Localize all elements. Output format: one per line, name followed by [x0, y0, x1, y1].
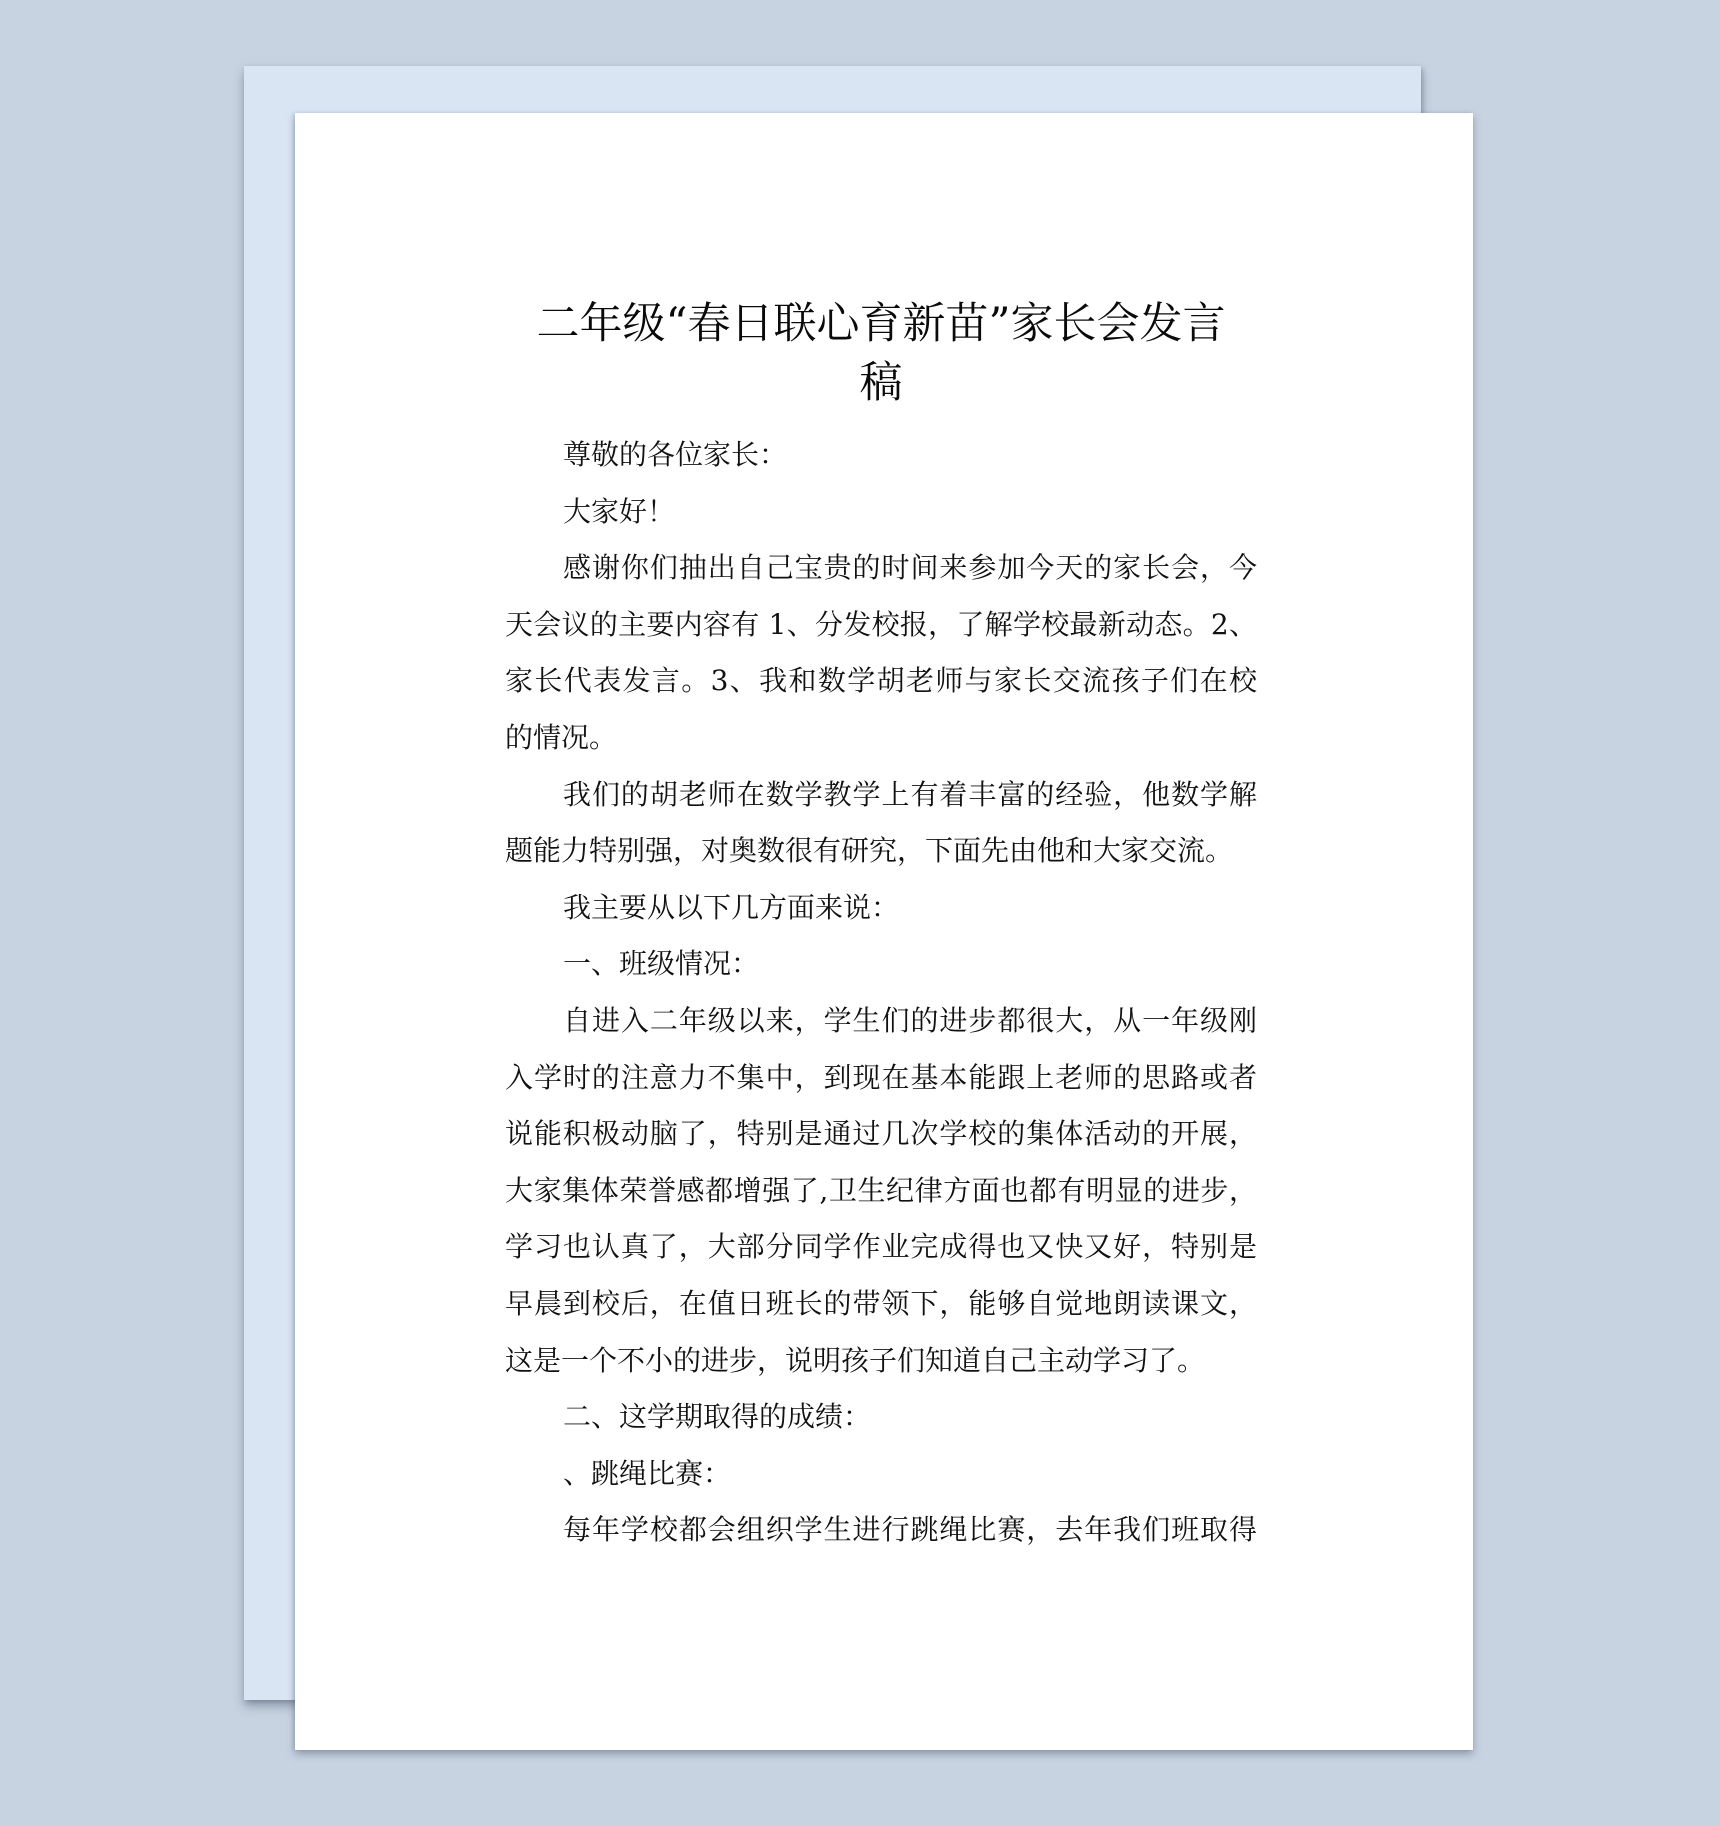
paragraph-line: 自进入二年级以来，学生们的进步都很大，从一年级刚	[505, 993, 1257, 1050]
document-title: 二年级“春日联心育新苗”家长会发言 稿	[505, 295, 1257, 413]
section-heading: 一、班级情况：	[505, 936, 1257, 993]
paragraph-line: 说能积极动脑了，特别是通过几次学校的集体活动的开展，	[505, 1106, 1257, 1163]
paragraph-line: 这是一个不小的进步，说明孩子们知道自己主动学习了。	[505, 1333, 1257, 1390]
paragraph-line: 我们的胡老师在数学教学上有着丰富的经验，他数学解	[505, 767, 1257, 824]
paragraph-line: 家长代表发言。3、我和数学胡老师与家长交流孩子们在校	[505, 653, 1257, 710]
paragraph-line: 题能力特别强，对奥数很有研究，下面先由他和大家交流。	[505, 823, 1257, 880]
paragraph-line: 的情况。	[505, 710, 1257, 767]
title-line-2: 稿	[505, 354, 1257, 413]
paragraph-line: 天会议的主要内容有 1、分发校报，了解学校最新动态。2、	[505, 597, 1257, 654]
paragraph-line: 早晨到校后，在值日班长的带领下，能够自觉地朗读课文，	[505, 1276, 1257, 1333]
paragraph-line: 大家集体荣誉感都增强了,卫生纪律方面也都有明显的进步，	[505, 1163, 1257, 1220]
document-body: 尊敬的各位家长： 大家好！ 感谢你们抽出自己宝贵的时间来参加今天的家长会，今 天…	[505, 427, 1257, 1559]
paragraph-line: 每年学校都会组织学生进行跳绳比赛，去年我们班取得	[505, 1502, 1257, 1559]
title-line-1: 二年级“春日联心育新苗”家长会发言	[505, 295, 1257, 354]
salutation: 尊敬的各位家长：	[505, 427, 1257, 484]
subsection-heading: 、跳绳比赛：	[505, 1446, 1257, 1503]
section-heading: 二、这学期取得的成绩：	[505, 1389, 1257, 1446]
greeting: 大家好！	[505, 484, 1257, 541]
document-page: 二年级“春日联心育新苗”家长会发言 稿 尊敬的各位家长： 大家好！ 感谢你们抽出…	[295, 113, 1473, 1750]
paragraph-line: 我主要从以下几方面来说：	[505, 880, 1257, 937]
paragraph-line: 入学时的注意力不集中，到现在基本能跟上老师的思路或者	[505, 1050, 1257, 1107]
paragraph-line: 感谢你们抽出自己宝贵的时间来参加今天的家长会，今	[505, 540, 1257, 597]
paragraph-line: 学习也认真了，大部分同学作业完成得也又快又好，特别是	[505, 1219, 1257, 1276]
